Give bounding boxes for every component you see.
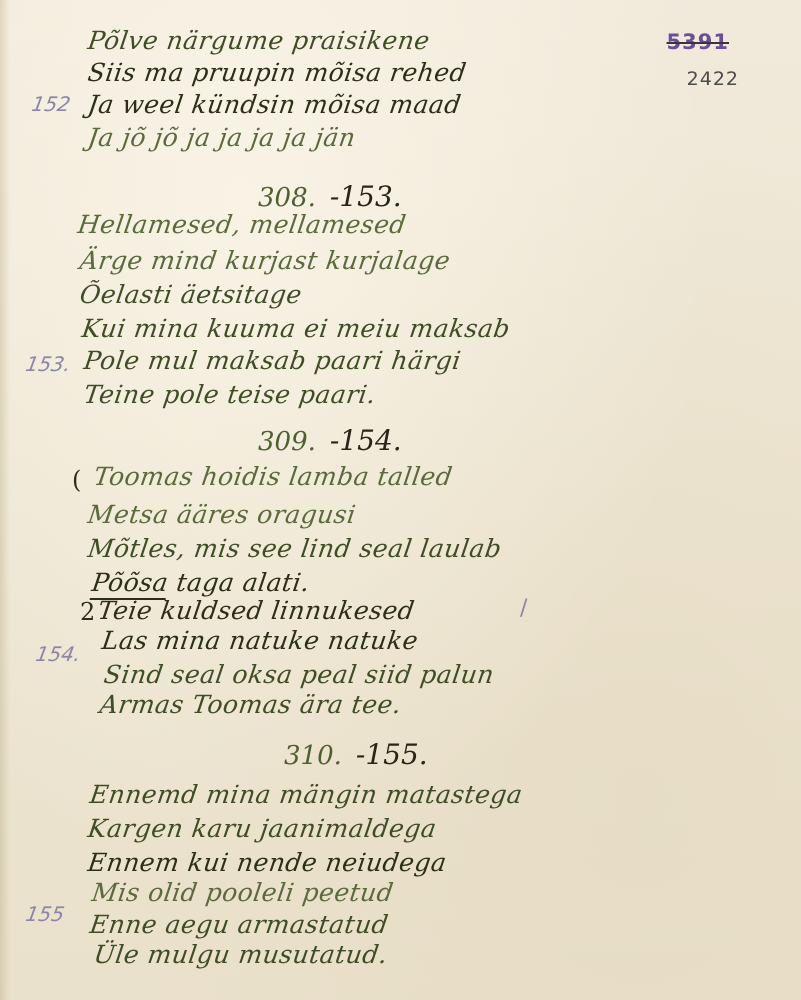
text-line: Enne aegu armastatud — [88, 910, 390, 939]
margin-number-152: 152 — [30, 92, 72, 116]
text-line-underlined: Põõsa taga alati. — [90, 568, 312, 597]
text-line: Pole mul maksab paari härgi — [82, 346, 463, 375]
text-line: Ärge mind kurjast kurjalage — [78, 246, 452, 275]
song-heading-309: 309.-154. — [258, 424, 402, 457]
song-alt-number: -155. — [356, 738, 428, 771]
manuscript-page: 5391 2422 152 Põlve närgume praisikene S… — [0, 0, 801, 1000]
text-line: Kui mina kuuma ei meiu maksab — [80, 314, 512, 343]
text-line: Metsa ääres oragusi — [86, 500, 358, 529]
text-line: Üle mulgu musutatud. — [92, 940, 390, 969]
archive-number: 2422 — [687, 68, 739, 90]
song-alt-number: -153. — [330, 180, 402, 213]
text-line: Teie kuldsed linnukesed — [96, 596, 417, 625]
song-heading-308: 308.-153. — [258, 180, 402, 213]
text-line: Ennemd mina mängin matastega — [88, 780, 525, 809]
text-line: Ennem kui nende neiudega — [86, 848, 449, 877]
pencil-mark: / — [520, 596, 527, 621]
text-line: Toomas hoidis lamba talled — [92, 462, 454, 491]
text-line: Kargen karu jaanimaldega — [86, 814, 438, 843]
text-line: Siis ma pruupin mõisa rehed — [86, 58, 468, 87]
margin-number-154: 154. — [34, 642, 83, 666]
verse-mark-1: ( — [72, 466, 81, 494]
song-number: 308. — [258, 183, 316, 213]
text-line: Ja weel kündsin mõisa maad — [86, 90, 463, 119]
text-line: Põlve närgume praisikene — [86, 26, 432, 55]
song-number: 310. — [284, 741, 342, 771]
text-line: Mis olid pooleli peetud — [90, 878, 396, 907]
verse-mark-2: 2 — [80, 598, 95, 626]
text-line: Ja jõ jõ ja ja ja ja jän — [86, 123, 358, 152]
text-line: Armas Toomas ära tee. — [98, 690, 403, 719]
song-alt-number: -154. — [330, 424, 402, 457]
archive-stamp-crossed: 5391 — [667, 30, 729, 54]
text-line: Õelasti äetsitage — [78, 280, 304, 309]
song-heading-310: 310.-155. — [284, 738, 428, 771]
text-line: Teine pole teise paari. — [82, 380, 378, 409]
margin-number-153: 153. — [24, 352, 73, 376]
text-line: Hellamesed, mellamesed — [76, 210, 408, 239]
text-line: Mõtles, mis see lind seal laulab — [86, 534, 504, 563]
text-line: Sind seal oksa peal siid palun — [102, 660, 496, 689]
text-line: Las mina natuke natuke — [100, 626, 420, 655]
margin-number-155: 155 — [24, 902, 66, 926]
song-number: 309. — [258, 427, 316, 457]
